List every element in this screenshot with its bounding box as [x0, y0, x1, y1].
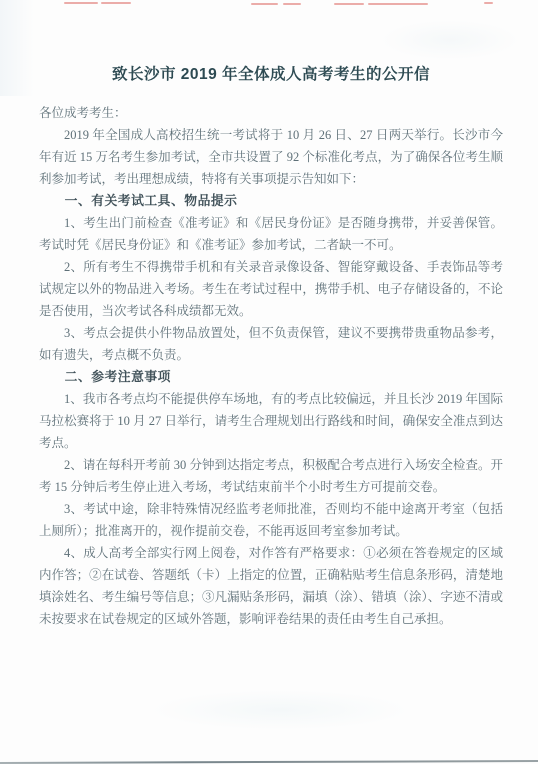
- red-mark: [64, 2, 98, 4]
- letter-content: 致长沙市 2019 年全体成人高考考生的公开信 各位成考考生： 2019 年全国…: [39, 64, 503, 630]
- salutation: 各位成考考生：: [39, 102, 503, 124]
- red-mark: [334, 3, 364, 5]
- scanned-letter-page: 致长沙市 2019 年全体成人高考考生的公开信 各位成考考生： 2019 年全国…: [0, 0, 538, 768]
- scan-smudge: [150, 690, 410, 730]
- section-2-item-4: 4、成人高考全部实行网上阅卷，对作答有严格要求：①必须在答卷规定的区域内作答；②…: [39, 542, 503, 630]
- section-1-heading: 一、有关考试工具、物品提示: [39, 190, 503, 212]
- section-2-item-3: 3、考试中途，除非特殊情况经监考老师批准，否则均不能中途离开考室（包括上厕所）；…: [39, 498, 503, 542]
- intro-paragraph: 2019 年全国成人高校招生统一考试将于 10 月 26 日、27 日两天举行。…: [39, 124, 503, 190]
- red-mark: [368, 3, 428, 5]
- page-bottom-margin: [0, 764, 538, 768]
- section-1-item-2: 2、所有考生不得携带手机和有关录音录像设备、智能穿戴设备、手表饰品等考试规定以外…: [39, 256, 503, 322]
- section-1-item-3: 3、考点会提供小件物品放置处，但不负责保管，建议不要携带贵重物品参考，如有遗失，…: [39, 322, 503, 366]
- section-2-heading: 二、参考注意事项: [39, 366, 503, 388]
- page-title: 致长沙市 2019 年全体成人高考考生的公开信: [39, 64, 503, 86]
- section-2-item-2: 2、请在每科开考前 30 分钟到达指定考点，积极配合考点进行入场安全检查。开考 …: [39, 454, 503, 498]
- section-2-item-1: 1、我市各考点均不能提供停车场地，有的考点比较偏远，并且长沙 2019 年国际马…: [39, 388, 503, 454]
- scan-smudge: [380, 20, 520, 60]
- red-mark: [101, 2, 131, 4]
- red-mark: [283, 3, 301, 5]
- red-mark: [484, 2, 493, 4]
- scan-corner-shade: [0, 0, 34, 96]
- section-1-item-1: 1、考生出门前检查《准考证》和《居民身份证》是否随身携带，并妥善保管。考试时凭《…: [39, 212, 503, 256]
- red-mark: [251, 3, 278, 5]
